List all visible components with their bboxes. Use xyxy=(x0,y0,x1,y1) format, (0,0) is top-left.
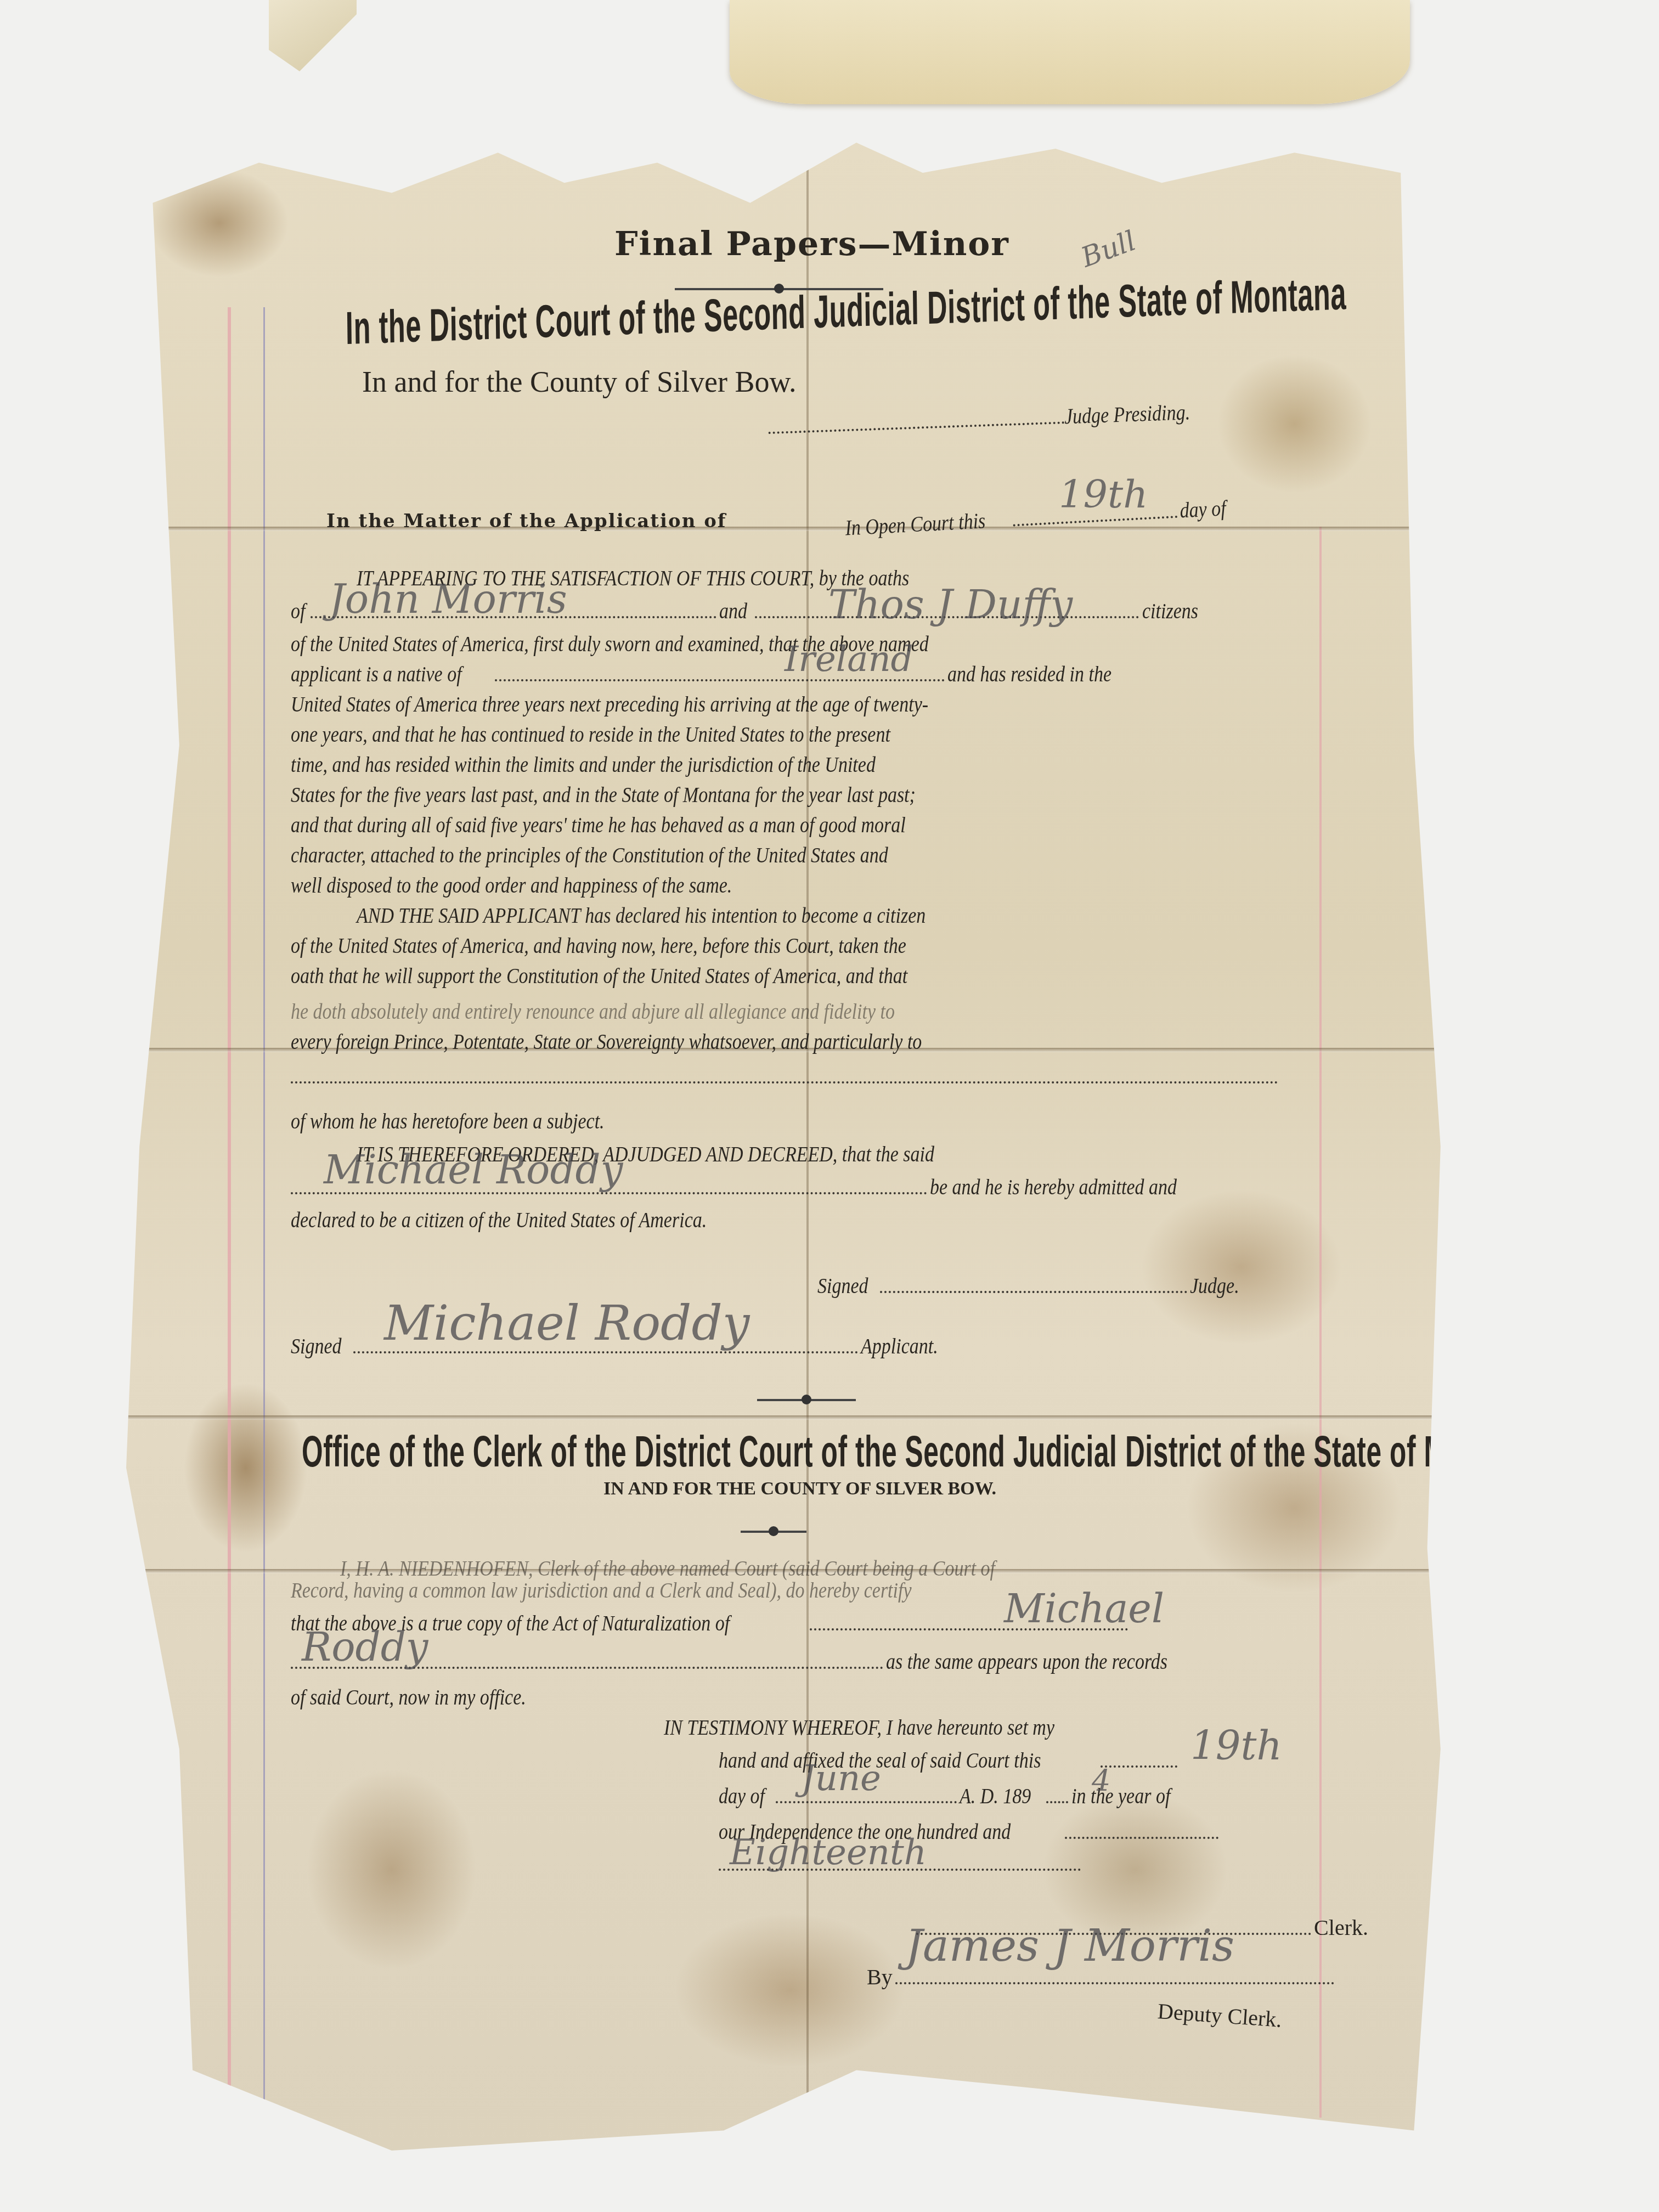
p1-line-11: well disposed to the good order and happ… xyxy=(291,872,732,898)
fold-crease xyxy=(126,527,1454,531)
p3-line-3: declared to be a citizen of the United S… xyxy=(291,1207,707,1233)
ornament-divider xyxy=(741,1531,806,1533)
resided-label: and has resided in the xyxy=(947,661,1111,687)
month-value: June xyxy=(801,1758,881,1799)
p2-line-5: every foreign Prince, Potentate, State o… xyxy=(291,1029,922,1054)
and-label: and xyxy=(719,598,747,624)
deputy-clerk-label: Deputy Clerk. xyxy=(1157,1998,1283,2033)
native-line: applicant is a native of and has resided… xyxy=(291,661,1141,687)
independence-blank xyxy=(1065,1837,1218,1839)
p2-line-1: AND THE SAID APPLICANT has declared his … xyxy=(357,902,926,928)
native-of-label: applicant is a native of xyxy=(291,661,462,687)
margin-annotation: Bull xyxy=(1077,224,1140,273)
judge-signature-blank xyxy=(880,1291,1187,1293)
document-title: Final Papers—Minor xyxy=(614,225,1009,263)
anno-domini-label: A. D. 189 xyxy=(960,1783,1031,1809)
naturalized-first-value: Michael xyxy=(1004,1585,1164,1632)
year-digit-value: 4 xyxy=(1092,1764,1110,1798)
admitted-label: be and he is hereby admitted and xyxy=(930,1174,1177,1200)
p1-line-7: time, and has resided within the limits … xyxy=(291,752,876,777)
by-label: By xyxy=(867,1965,893,1989)
signed-label: Signed xyxy=(817,1273,868,1299)
p2-line-2: of the United States of America, and hav… xyxy=(291,933,906,958)
clerk-line-1b: Record, having a common law jurisdiction… xyxy=(291,1577,912,1603)
fold-crease xyxy=(126,1415,1454,1420)
p1-line-9: and that during all of said five years' … xyxy=(291,812,906,838)
matter-label: In the Matter of the Application of xyxy=(326,510,727,532)
p2-line-3: oath that he will support the Constituti… xyxy=(291,963,907,989)
year-of-label: in the year of xyxy=(1071,1783,1170,1809)
p2-line-6: of whom he has heretofore been a subject… xyxy=(291,1108,605,1134)
of-label: of xyxy=(291,598,305,624)
clerk-heading: Office of the Clerk of the District Cour… xyxy=(302,1426,1538,1477)
left-margin-line-pink xyxy=(228,307,231,2118)
ornament-divider xyxy=(757,1399,856,1401)
clerk-subheading: IN AND FOR THE COUNTY OF SILVER BOW. xyxy=(603,1479,996,1499)
p2-line-4: he doth absolutely and entirely renounce… xyxy=(291,998,895,1024)
testimony-line-1: IN TESTIMONY WHEREOF, I have hereunto se… xyxy=(664,1714,1054,1740)
citizens-label: citizens xyxy=(1142,598,1198,624)
p1-line-5: United States of America three years nex… xyxy=(291,691,928,717)
judge-presiding-line: Judge Presiding. xyxy=(768,398,1212,439)
clerk-line-4: of said Court, now in my office. xyxy=(291,1684,526,1710)
witness-2-signature: Thos J Duffy xyxy=(828,582,1073,628)
year-digit-blank xyxy=(1046,1801,1068,1803)
records-line: as the same appears upon the records xyxy=(291,1649,1217,1674)
open-court-line: In Open Court this day of xyxy=(844,494,1235,540)
judge-label: Judge. xyxy=(1190,1273,1239,1299)
records-label: as the same appears upon the records xyxy=(886,1649,1167,1674)
deputy-signature: James J Morris xyxy=(905,1920,1234,1971)
naturalized-last-value: Roddy xyxy=(302,1624,428,1670)
judge-presiding-blank xyxy=(769,421,1065,434)
open-court-day-value: 19th xyxy=(1059,472,1148,517)
naturalization-document: Final Papers—Minor Bull In the District … xyxy=(126,143,1454,2151)
native-of-value: Ireland xyxy=(785,639,913,680)
p1-line-8: States for the five years last past, and… xyxy=(291,782,916,808)
day-of-label: day of xyxy=(1180,495,1227,523)
witness-1-signature: John Morris xyxy=(329,576,567,622)
date-line: day of A. D. 189 in the year of xyxy=(719,1783,1188,1809)
open-court-label: In Open Court this xyxy=(844,507,986,540)
paper-scrap-right xyxy=(730,0,1410,104)
applicant-signature-blank xyxy=(353,1351,858,1353)
day-of-label: day of xyxy=(719,1783,765,1809)
applicant-name-value: Michael Roddy xyxy=(324,1147,623,1193)
open-court-day-blank xyxy=(1013,516,1178,527)
applicant-signature: Michael Roddy xyxy=(384,1295,750,1351)
p1-line-10: character, attached to the principles of… xyxy=(291,842,888,868)
judge-presiding-label: Judge Presiding. xyxy=(1064,399,1190,429)
deputy-signature-blank xyxy=(895,1982,1334,1984)
testimony-day-blank xyxy=(1101,1765,1177,1768)
paper-scrap-left xyxy=(269,0,357,71)
sovereign-blank-line xyxy=(291,1075,1278,1086)
sovereign-blank xyxy=(291,1081,1278,1084)
left-margin-line-blue xyxy=(263,307,265,2118)
p1-line-6: one years, and that he has continued to … xyxy=(291,721,890,747)
applicant-label: Applicant. xyxy=(861,1333,938,1359)
clerk-label: Clerk. xyxy=(1314,1915,1368,1940)
judge-signature-line: Signed Judge. xyxy=(817,1273,1248,1299)
signed-label: Signed xyxy=(291,1333,342,1359)
county-line: In and for the County of Silver Bow. xyxy=(362,365,796,399)
court-heading: In the District Court of the Second Judi… xyxy=(345,267,1346,355)
right-margin-line xyxy=(1319,527,1322,2118)
month-blank xyxy=(776,1801,957,1803)
year-words-value: Eighteenth xyxy=(730,1832,927,1873)
testimony-day-value: 19th xyxy=(1190,1723,1282,1769)
